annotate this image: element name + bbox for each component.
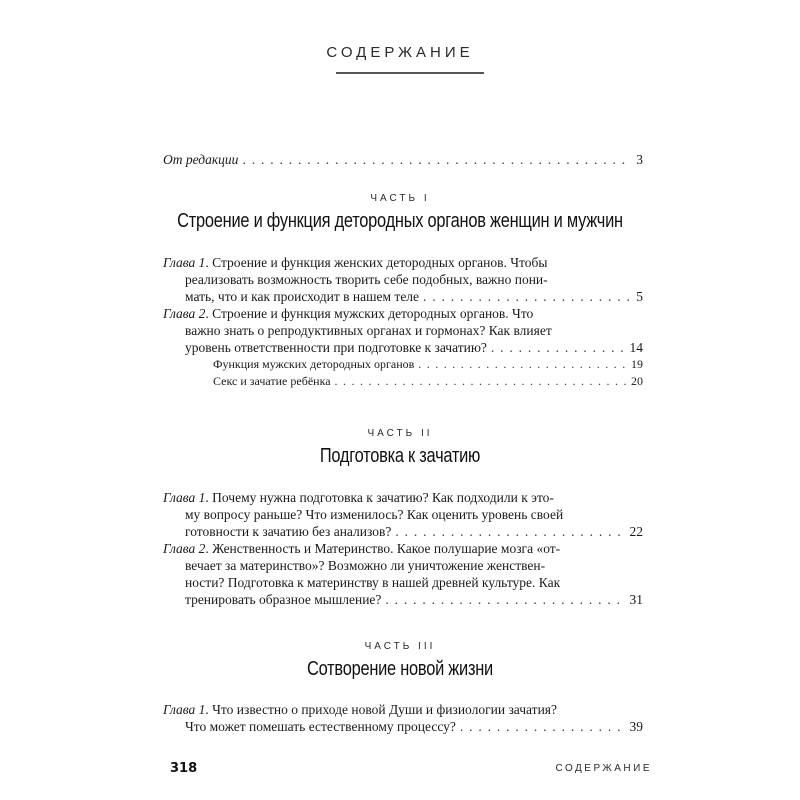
chapter-line: реализовать возможность творить себе под… (185, 271, 548, 288)
toc-page-number: 20 (631, 373, 643, 390)
toc-page-number: 3 (636, 151, 643, 168)
toc-entry-continuation: му вопросу раньше? Что изменилось? Как о… (185, 506, 643, 523)
toc-entry-subsection[interactable]: Функция мужских детородных органов 19 (213, 356, 643, 373)
chapter-lead: Глава 1 (163, 255, 205, 270)
toc-page-number: 19 (631, 356, 643, 373)
chapter-line: уровень ответственности при подготовке к… (185, 339, 487, 356)
dot-leader (418, 356, 627, 373)
toc-page-number: 14 (630, 339, 644, 356)
toc-page-number: 5 (636, 288, 643, 305)
toc-entry-chapter[interactable]: Глава 2. Женственность и Материнство. Ка… (163, 540, 643, 557)
part-label: ЧАСТЬ III (0, 641, 800, 652)
dot-leader (335, 373, 627, 390)
chapter-line: ности? Подготовка к материнству в нашей … (185, 574, 560, 591)
chapter-line: . Строение и функция мужских детородных … (205, 306, 533, 321)
chapter-line: му вопросу раньше? Что изменилось? Как о… (185, 506, 563, 523)
chapter-line: тренировать образное мышление? (185, 591, 381, 608)
subsection-label: Секс и зачатие ребёнка (213, 373, 331, 390)
chapter-line: готовности к зачатию без анализов? (185, 523, 391, 540)
toc-entry-preface[interactable]: От редакции 3 (163, 151, 643, 168)
toc-entry-continuation[interactable]: готовности к зачатию без анализов? 22 (185, 523, 643, 540)
toc-entry-chapter[interactable]: Глава 2. Строение и функция мужских дето… (163, 305, 643, 322)
chapter-line: . Почему нужна подготовка к зачатию? Как… (205, 490, 554, 505)
chapter-lead: Глава 1 (163, 702, 205, 717)
dot-leader (460, 718, 626, 735)
running-title: СОДЕРЖАНИЕ (555, 763, 652, 774)
toc-entry-subsection[interactable]: Секс и зачатие ребёнка 20 (213, 373, 643, 390)
chapter-line: вечает за материнство»? Возможно ли унич… (185, 557, 545, 574)
toc-entry-label: От редакции (163, 151, 238, 168)
part-title: Подготовка к зачатию (72, 445, 728, 468)
title-underline (336, 72, 484, 74)
dot-leader (491, 339, 626, 356)
toc-entry-continuation: ности? Подготовка к материнству в нашей … (185, 574, 643, 591)
page-title: СОДЕРЖАНИЕ (0, 44, 800, 61)
toc-entry-continuation: важно знать о репродуктивных органах и г… (185, 322, 643, 339)
toc-entry-continuation: вечает за материнство»? Возможно ли унич… (185, 557, 643, 574)
toc-entry-chapter[interactable]: Глава 1. Строение и функция женских дето… (163, 254, 643, 271)
part-label: ЧАСТЬ II (0, 428, 800, 439)
chapter-line: важно знать о репродуктивных органах и г… (185, 322, 552, 339)
dot-leader (423, 288, 632, 305)
toc-page-number: 31 (630, 591, 644, 608)
chapter-lead: Глава 1 (163, 490, 205, 505)
toc-entry-continuation[interactable]: Что может помешать естественному процесс… (185, 718, 643, 735)
chapter-line: Что может помешать естественному процесс… (185, 718, 456, 735)
chapter-line: . Что известно о приходе новой Души и фи… (205, 702, 557, 717)
toc-entry-continuation[interactable]: уровень ответственности при подготовке к… (185, 339, 643, 356)
toc-page-number: 22 (630, 523, 644, 540)
toc-entry-continuation[interactable]: тренировать образное мышление? 31 (185, 591, 643, 608)
dot-leader (385, 591, 625, 608)
book-page: СОДЕРЖАНИЕ От редакции 3 ЧАСТЬ I Строени… (0, 0, 800, 800)
part-title: Сотворение новой жизни (72, 658, 728, 681)
chapter-line: мать, что и как происходит в нашем теле (185, 288, 419, 305)
part-label: ЧАСТЬ I (0, 193, 800, 204)
toc-entry-continuation: реализовать возможность творить себе под… (185, 271, 643, 288)
toc-entry-chapter[interactable]: Глава 1. Почему нужна подготовка к зачат… (163, 489, 643, 506)
dot-leader (242, 151, 632, 168)
chapter-line: . Строение и функция женских детородных … (205, 255, 547, 270)
toc-page-number: 39 (630, 718, 644, 735)
toc-entry-chapter[interactable]: Глава 1. Что известно о приходе новой Ду… (163, 701, 643, 718)
dot-leader (395, 523, 625, 540)
page-number: 318 (170, 761, 197, 776)
part-title: Строение и функция детородных органов же… (72, 210, 728, 233)
chapter-lead: Глава 2 (163, 541, 205, 556)
toc-entry-continuation[interactable]: мать, что и как происходит в нашем теле … (185, 288, 643, 305)
chapter-lead: Глава 2 (163, 306, 205, 321)
subsection-label: Функция мужских детородных органов (213, 356, 414, 373)
chapter-line: . Женственность и Материнство. Какое пол… (205, 541, 560, 556)
